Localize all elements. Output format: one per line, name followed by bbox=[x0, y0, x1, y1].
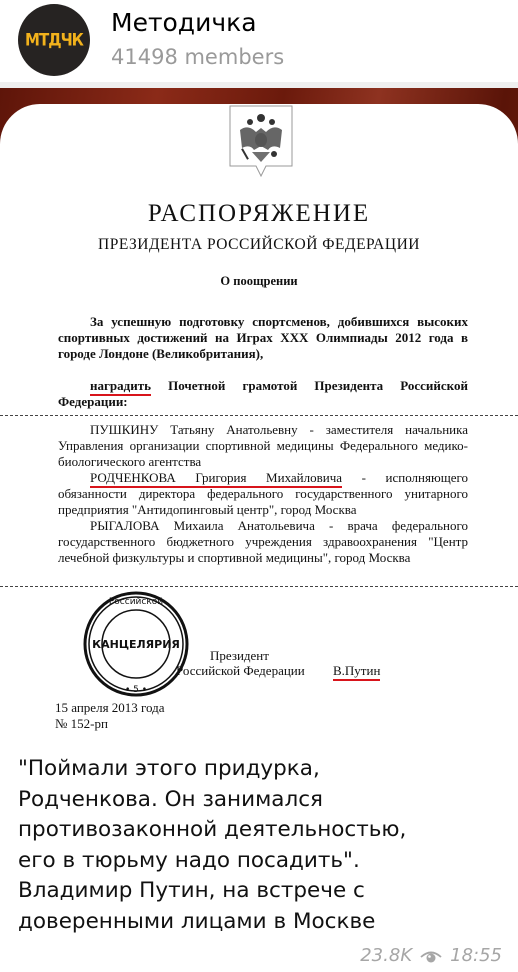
svg-text:Российской: Российской bbox=[109, 597, 163, 607]
member-count: 41498 members bbox=[111, 45, 284, 69]
caption-line: "Поймали этого придурка, bbox=[18, 754, 508, 785]
official-stamp-icon: Российской • 5 • КАНЦЕЛЯРИЯ bbox=[82, 590, 190, 698]
caption-line: противозаконной деятельностью, bbox=[18, 815, 508, 846]
decree-number: № 152-рп bbox=[55, 716, 108, 732]
signature-title-line2: Российской Федерации bbox=[176, 663, 305, 679]
award-clause: наградить Почетной грамотой Президента Р… bbox=[58, 378, 468, 410]
message-text: "Поймали этого придурка, Родченкова. Он … bbox=[18, 754, 508, 937]
cut-line-bottom bbox=[0, 586, 518, 587]
caption-line: Родченкова. Он занимался bbox=[18, 785, 508, 816]
recipient-1: ПУШКИНУ Татьяну Анатольевну - заместител… bbox=[58, 422, 468, 470]
eye-icon bbox=[420, 948, 442, 964]
caption-line: доверенными лицами в Москве bbox=[18, 907, 508, 938]
channel-title[interactable]: Методичка bbox=[111, 8, 257, 37]
signature-name: В.Путин bbox=[333, 663, 380, 679]
avatar-logo-text: МТДЧК bbox=[25, 30, 83, 50]
document-subtitle: ПРЕЗИДЕНТА РОССИЙСКОЙ ФЕДЕРАЦИИ bbox=[0, 236, 518, 254]
decree-date: 15 апреля 2013 года bbox=[55, 700, 165, 716]
svg-text:• 5 •: • 5 • bbox=[125, 685, 147, 695]
message-photo[interactable]: РАСПОРЯЖЕНИЕ ПРЕЗИДЕНТА РОССИЙСКОЙ ФЕДЕР… bbox=[0, 88, 518, 742]
cut-line-top bbox=[0, 415, 518, 416]
document-subject: О поощрении bbox=[0, 274, 518, 289]
channel-header[interactable]: МТДЧК Методичка 41498 members bbox=[0, 0, 518, 82]
decree-document: РАСПОРЯЖЕНИЕ ПРЕЗИДЕНТА РОССИЙСКОЙ ФЕДЕР… bbox=[0, 88, 518, 742]
caption-line: Владимир Путин, на встрече с bbox=[18, 876, 508, 907]
view-count: 23.8K bbox=[360, 945, 412, 966]
caption-line: его в тюрьму надо посадить". bbox=[18, 846, 508, 877]
decree-preamble: За успешную подготовку спортсменов, доби… bbox=[58, 314, 468, 362]
document-title: РАСПОРЯЖЕНИЕ bbox=[0, 200, 518, 228]
recipient-name: ПУШКИНУ Татьяну Анатольевну bbox=[90, 422, 298, 437]
message-meta: 23.8K 18:55 bbox=[360, 945, 502, 966]
channel-avatar[interactable]: МТДЧК bbox=[18, 4, 90, 76]
recipient-name: РЫГАЛОВА Михаила Анатольевича bbox=[90, 518, 315, 533]
signature-title-line1: Президент bbox=[210, 648, 269, 664]
recipient-2: РОДЧЕНКОВА Григория Михайловича - исполн… bbox=[58, 470, 468, 518]
signature-name-highlighted: В.Путин bbox=[333, 663, 380, 681]
recipient-3: РЫГАЛОВА Михаила Анатольевича - врача фе… bbox=[58, 518, 468, 566]
svg-text:КАНЦЕЛЯРИЯ: КАНЦЕЛЯРИЯ bbox=[92, 638, 180, 651]
message-time: 18:55 bbox=[450, 945, 502, 966]
coat-of-arms-icon bbox=[228, 104, 294, 178]
